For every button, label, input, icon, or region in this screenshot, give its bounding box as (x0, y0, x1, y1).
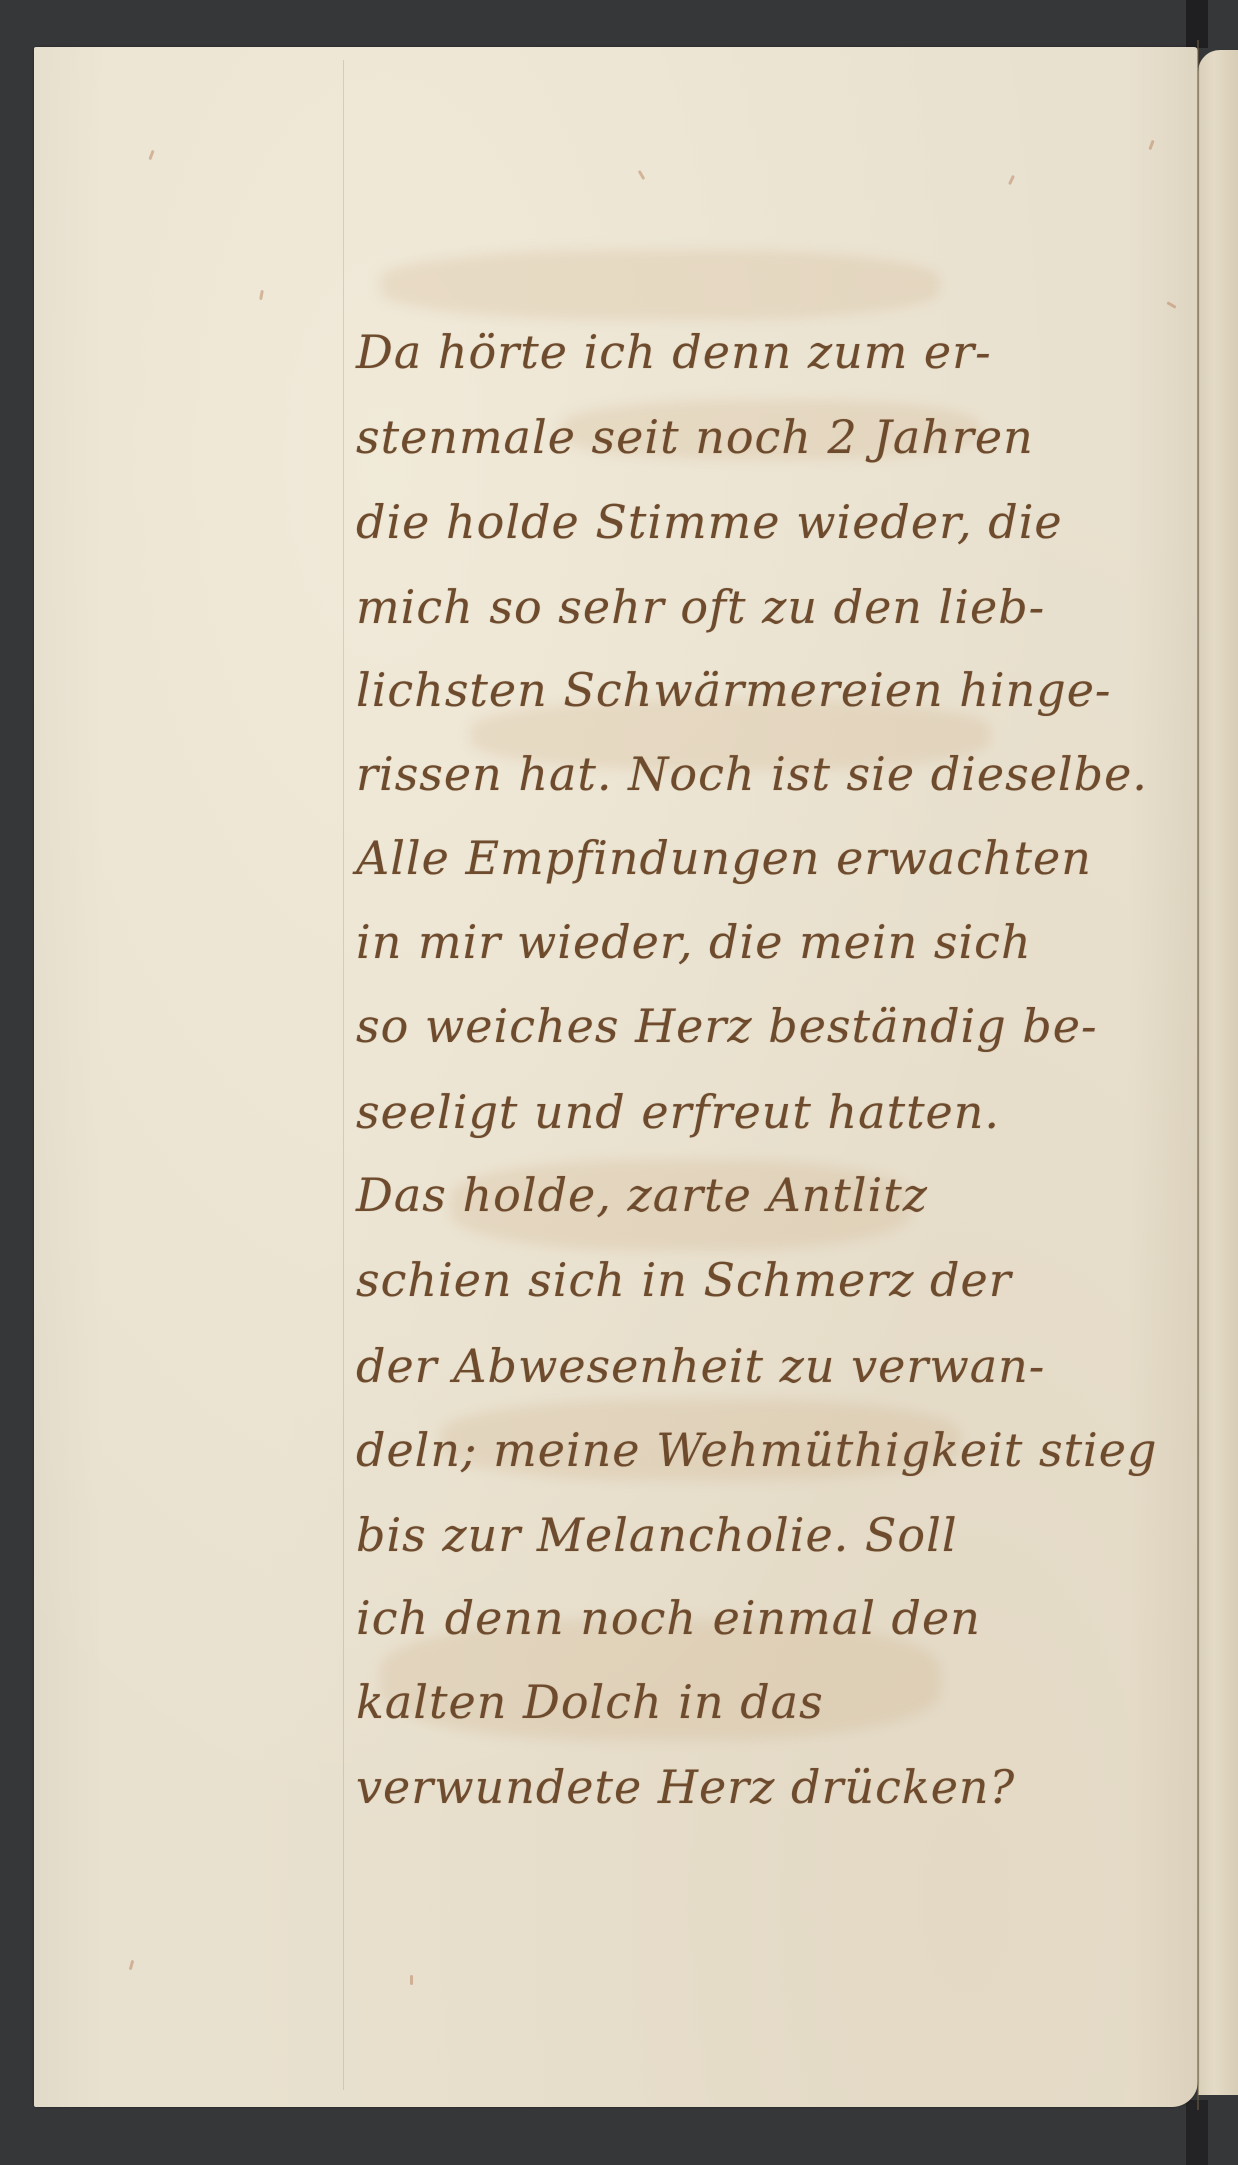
manuscript-line-6: rissen hat. Noch ist sie dieselbe. (356, 744, 1156, 804)
manuscript-line-16: ich denn noch einmal den (356, 1588, 1156, 1648)
margin-rule-line (343, 60, 344, 2090)
manuscript-line-12: schien sich in Schmerz der (356, 1250, 1156, 1310)
manuscript-line-3: die holde Stimme wieder, die (356, 492, 1156, 552)
manuscript-line-14: deln; meine Wehmüthigkeit stieg (356, 1420, 1156, 1480)
bleed-through-stain (380, 250, 940, 320)
manuscript-line-8: in mir wieder, die mein sich (356, 912, 1156, 972)
manuscript-line-11: Das holde, zarte Antlitz (356, 1165, 1156, 1225)
manuscript-line-2: stenmale seit noch 2 Jahren (356, 407, 1156, 467)
manuscript-line-18: verwundete Herz drücken? (356, 1757, 1156, 1817)
manuscript-scan: Da hörte ich denn zum er- stenmale seit … (0, 0, 1238, 2165)
manuscript-line-10: seeligt und erfreut hatten. (356, 1082, 1156, 1142)
manuscript-line-9: so weiches Herz beständig be- (356, 996, 1156, 1056)
manuscript-line-7: Alle Empfindungen erwachten (356, 828, 1156, 888)
manuscript-line-15: bis zur Melancholie. Soll (356, 1505, 1156, 1565)
adjacent-page-edge (1198, 50, 1238, 2095)
manuscript-line-13: der Abwesenheit zu verwan- (356, 1336, 1156, 1396)
manuscript-line-4: mich so sehr oft zu den lieb- (356, 577, 1156, 637)
page-fold-line (1197, 40, 1199, 2110)
manuscript-line-17: kalten Dolch in das (356, 1672, 1156, 1732)
manuscript-line-5: lichsten Schwärmereien hinge- (356, 660, 1156, 720)
manuscript-line-1: Da hörte ich denn zum er- (356, 322, 1156, 382)
paper-speck (410, 1975, 413, 1985)
